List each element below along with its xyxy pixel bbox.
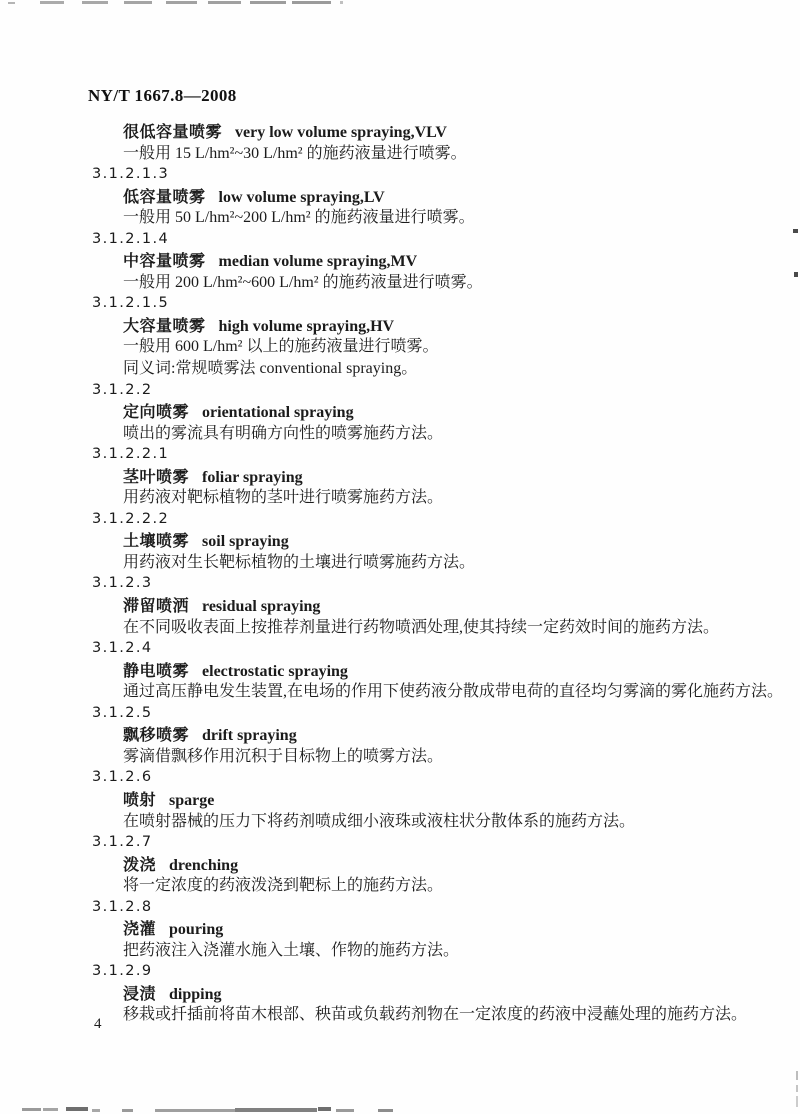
page-number: 4 — [94, 1016, 102, 1033]
definition-line: 用药液对生长靶标植物的土壤进行喷雾施药方法。 — [0, 552, 800, 574]
section-number: 3.1.2.7 — [0, 832, 800, 854]
term-english: orientational spraying — [202, 404, 354, 421]
term-english: soil spraying — [202, 533, 289, 550]
scan-mark — [166, 1, 197, 4]
definition-line: 移栽或扦插前将苗木根部、秧苗或负载药剂物在一定浓度的药液中浸蘸处理的施药方法。 — [0, 1004, 800, 1026]
scan-mark — [796, 1096, 798, 1107]
standard-number-header: NY/T 1667.8—2008 — [88, 86, 237, 106]
term-line: 喷射sparge — [0, 789, 800, 811]
section-number: 3.1.2.1.4 — [0, 229, 800, 251]
scan-mark — [40, 1, 64, 4]
scan-mark — [82, 1, 108, 4]
scan-mark — [318, 1107, 331, 1111]
term-chinese: 飘移喷雾 — [123, 725, 189, 744]
section-number: 3.1.2.9 — [0, 961, 800, 983]
definition-line: 把药液注入浇灌水施入土壤、作物的施药方法。 — [0, 940, 800, 962]
section-number: 3.1.2.5 — [0, 703, 800, 725]
scan-mark — [124, 1, 152, 4]
term-line: 定向喷雾orientational spraying — [0, 401, 800, 423]
term-line: 浸渍dipping — [0, 983, 800, 1005]
term-chinese: 低容量喷雾 — [123, 187, 206, 206]
scan-mark — [22, 1108, 41, 1111]
term-english: foliar spraying — [202, 469, 303, 486]
scan-mark — [796, 1085, 798, 1092]
term-chinese: 喷射 — [123, 790, 156, 809]
scan-mark — [794, 272, 798, 277]
scan-mark — [43, 1108, 58, 1111]
term-line: 大容量喷雾high volume spraying,HV — [0, 315, 800, 337]
term-english: high volume spraying,HV — [219, 318, 395, 335]
definition-line: 在不同吸收表面上按推荐剂量进行药物喷洒处理,使其持续一定药效时间的施药方法。 — [0, 617, 800, 639]
term-english: median volume spraying,MV — [219, 253, 418, 270]
term-line: 飘移喷雾drift spraying — [0, 724, 800, 746]
term-english: drenching — [169, 857, 238, 874]
term-chinese: 土壤喷雾 — [123, 531, 189, 550]
term-line: 中容量喷雾median volume spraying,MV — [0, 250, 800, 272]
term-line: 低容量喷雾low volume spraying,LV — [0, 186, 800, 208]
section-number: 3.1.2.1.5 — [0, 293, 800, 315]
definition-line: 通过高压静电发生装置,在电场的作用下使药液分散成带电荷的直径均匀雾滴的雾化施药方… — [0, 681, 800, 703]
term-english: dipping — [169, 986, 221, 1003]
definition-line: 用药液对靶标植物的茎叶进行喷雾施药方法。 — [0, 487, 800, 509]
definition-line: 一般用 15 L/hm²~30 L/hm² 的施药液量进行喷雾。 — [0, 143, 800, 165]
section-number: 3.1.2.1.3 — [0, 164, 800, 186]
definition-line: 将一定浓度的药液泼浇到靶标上的施药方法。 — [0, 875, 800, 897]
section-number: 3.1.2.4 — [0, 638, 800, 660]
section-number: 3.1.2.6 — [0, 767, 800, 789]
term-chinese: 茎叶喷雾 — [123, 467, 189, 486]
term-chinese: 泼浇 — [123, 855, 156, 874]
scan-mark — [235, 1108, 317, 1112]
definition-line: 一般用 200 L/hm²~600 L/hm² 的施药液量进行喷雾。 — [0, 272, 800, 294]
term-line: 很低容量喷雾very low volume spraying,VLV — [0, 121, 800, 143]
term-english: pouring — [169, 921, 223, 938]
term-english: sparge — [169, 792, 214, 809]
definition-line: 在喷射器械的压力下将药剂喷成细小液珠或液柱状分散体系的施药方法。 — [0, 811, 800, 833]
term-line: 滞留喷洒residual spraying — [0, 595, 800, 617]
section-number: 3.1.2.2 — [0, 380, 800, 402]
scan-mark — [378, 1109, 393, 1112]
scan-mark — [292, 1, 331, 4]
term-english: drift spraying — [202, 727, 297, 744]
term-english: low volume spraying,LV — [219, 189, 385, 206]
scan-mark — [92, 1109, 100, 1112]
definition-line: 同义词:常规喷雾法 conventional spraying。 — [0, 358, 800, 380]
scanned-document-page: { "document": { "header": "NY/T 1667.8—2… — [0, 0, 800, 1114]
term-english: very low volume spraying,VLV — [235, 124, 447, 141]
term-line: 泼浇drenching — [0, 854, 800, 876]
section-number: 3.1.2.2.1 — [0, 444, 800, 466]
term-chinese: 定向喷雾 — [123, 402, 189, 421]
scan-mark — [66, 1107, 88, 1111]
definition-line: 一般用 600 L/hm² 以上的施药液量进行喷雾。 — [0, 336, 800, 358]
term-chinese: 浸渍 — [123, 984, 156, 1003]
definition-line: 雾滴借飘移作用沉积于目标物上的喷雾方法。 — [0, 746, 800, 768]
scan-mark — [155, 1109, 235, 1112]
scan-mark — [793, 229, 798, 233]
term-english: residual spraying — [202, 598, 320, 615]
term-chinese: 中容量喷雾 — [123, 251, 206, 270]
term-chinese: 静电喷雾 — [123, 661, 189, 680]
term-line: 浇灌pouring — [0, 918, 800, 940]
scan-mark — [250, 1, 286, 4]
term-line: 土壤喷雾soil spraying — [0, 530, 800, 552]
term-english: electrostatic spraying — [202, 663, 348, 680]
term-chinese: 大容量喷雾 — [123, 316, 206, 335]
definition-line: 一般用 50 L/hm²~200 L/hm² 的施药液量进行喷雾。 — [0, 207, 800, 229]
section-number: 3.1.2.3 — [0, 573, 800, 595]
section-number: 3.1.2.2.2 — [0, 509, 800, 531]
scan-mark — [8, 2, 15, 4]
section-number: 3.1.2.8 — [0, 897, 800, 919]
term-chinese: 浇灌 — [123, 919, 156, 938]
scan-mark — [796, 1071, 798, 1080]
term-line: 静电喷雾electrostatic spraying — [0, 660, 800, 682]
term-chinese: 滞留喷洒 — [123, 596, 189, 615]
term-line: 茎叶喷雾foliar spraying — [0, 466, 800, 488]
scan-mark — [340, 1, 343, 4]
scan-mark — [208, 1, 241, 4]
scan-mark — [336, 1109, 354, 1112]
definition-line: 喷出的雾流具有明确方向性的喷雾施药方法。 — [0, 423, 800, 445]
scan-mark — [122, 1109, 133, 1112]
term-chinese: 很低容量喷雾 — [123, 122, 222, 141]
document-body: 很低容量喷雾very low volume spraying,VLV一般用 15… — [0, 121, 800, 1026]
